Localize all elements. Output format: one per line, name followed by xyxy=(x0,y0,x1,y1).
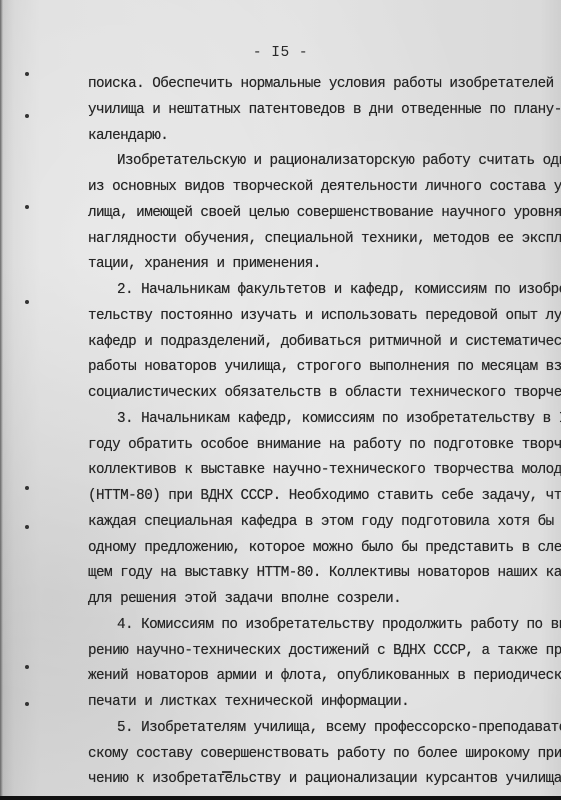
text-line: чению к изобретательству и рационализаци… xyxy=(88,771,561,787)
text-line: году обратить особое внимание на работу … xyxy=(88,437,561,453)
binding-hole-mark xyxy=(25,525,29,529)
text-line: Изобретательскую и рационализаторскую ра… xyxy=(117,153,561,169)
text-line: работы новаторов училища, строгого выпол… xyxy=(88,359,561,375)
text-line: одному предложению, которое можно было б… xyxy=(88,540,561,556)
typewriter-dash-mark xyxy=(222,771,232,773)
text-line: жений новаторов армии и флота, опубликов… xyxy=(88,668,561,684)
text-line: 2. Начальникам факультетов и кафедр, ком… xyxy=(117,282,561,298)
binding-hole-mark xyxy=(25,205,29,209)
text-line: коллективов к выставке научно-техническо… xyxy=(88,462,561,478)
text-line: рению научно-технических достижений с ВД… xyxy=(88,643,561,659)
text-line: лища, имеющей своей целью совершенствова… xyxy=(88,205,561,221)
text-line: училища и нештатных патентоведов в дни о… xyxy=(88,102,561,118)
text-line: поиска. Обеспечить нормальные условия ра… xyxy=(88,76,554,92)
text-line: для решения этой задачи вполне созрели. xyxy=(88,591,401,607)
text-line: печати и листках технической информации. xyxy=(88,694,409,710)
document-page: - I5 - поиска. Обеспечить нормальные усл… xyxy=(0,0,561,800)
text-line: 5. Изобретателям училища, всему профессо… xyxy=(117,720,561,736)
binding-hole-mark xyxy=(25,72,29,76)
binding-hole-mark xyxy=(25,702,29,706)
text-line: тельству постоянно изучать и использоват… xyxy=(88,308,561,324)
binding-hole-mark xyxy=(25,486,29,490)
text-line: щем году на выставку НТТМ-80. Коллективы… xyxy=(88,565,561,581)
text-line: скому составу совершенствовать работу по… xyxy=(88,746,561,762)
text-line: тации, хранения и применения. xyxy=(88,256,321,272)
text-line: календарю. xyxy=(88,128,168,144)
text-line: кафедр и подразделений, добиваться ритми… xyxy=(88,334,561,350)
page-edge-shadow xyxy=(0,0,3,800)
scan-bottom-edge xyxy=(0,796,561,800)
text-line: (НТТМ-80) при ВДНХ СССР. Необходимо став… xyxy=(88,488,561,504)
page-number: - I5 - xyxy=(0,45,561,61)
text-line: 3. Начальникам кафедр, комиссиям по изоб… xyxy=(117,411,561,427)
binding-hole-mark xyxy=(25,114,29,118)
text-line: социалистических обязательств в области … xyxy=(88,385,561,401)
binding-hole-mark xyxy=(25,665,29,669)
text-line: 4. Комиссиям по изобретательству продолж… xyxy=(117,617,561,633)
text-line: из основных видов творческой деятельност… xyxy=(88,179,561,195)
binding-hole-mark xyxy=(25,300,29,304)
text-line: наглядности обучения, специальной техник… xyxy=(88,231,561,247)
text-line: каждая специальная кафедра в этом году п… xyxy=(88,514,561,530)
